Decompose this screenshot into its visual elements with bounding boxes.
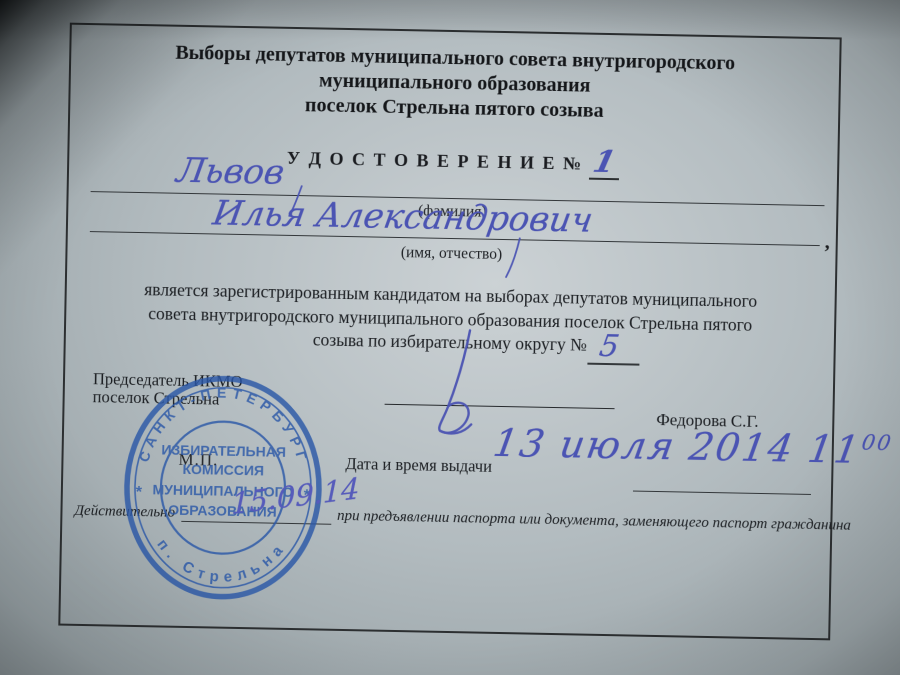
district-number-line — [587, 363, 639, 366]
stamp-center-line-2: КОМИССИЯ — [182, 461, 264, 479]
district-number-handwritten: 5 — [597, 329, 622, 364]
certificate-number-handwritten: 1 — [590, 145, 619, 180]
stamp-center-line-1: ИЗБИРАТЕЛЬНАЯ — [161, 441, 286, 459]
issue-label: Дата и время выдачи — [345, 455, 492, 475]
stamp-asterisk-left: * — [136, 484, 143, 501]
certificate-title: Выборы депутатов муниципального совета в… — [70, 39, 839, 129]
issue-date-value: 13 июля 2014 11 — [490, 421, 864, 472]
issue-time-minutes: 00 — [860, 430, 894, 455]
certificate-body: является зарегистрированным кандидатом н… — [66, 277, 835, 362]
surname-handwritten: Львов — [174, 151, 287, 193]
document-photo: Выборы депутатов муниципального совета в… — [0, 0, 900, 675]
validity-suffix: при предъявлении паспорта или документа,… — [337, 508, 851, 535]
certificate-border: Выборы депутатов муниципального совета в… — [58, 23, 841, 641]
issue-datetime-handwritten: 13 июля 2014 1100 — [490, 421, 894, 473]
trailing-comma: , — [825, 231, 830, 254]
signature-line — [385, 404, 615, 409]
issue-underline — [633, 491, 811, 495]
heading-label: У Д О С Т О В Е Р Е Н И Е № — [287, 148, 584, 174]
signature-flourish — [440, 424, 471, 434]
